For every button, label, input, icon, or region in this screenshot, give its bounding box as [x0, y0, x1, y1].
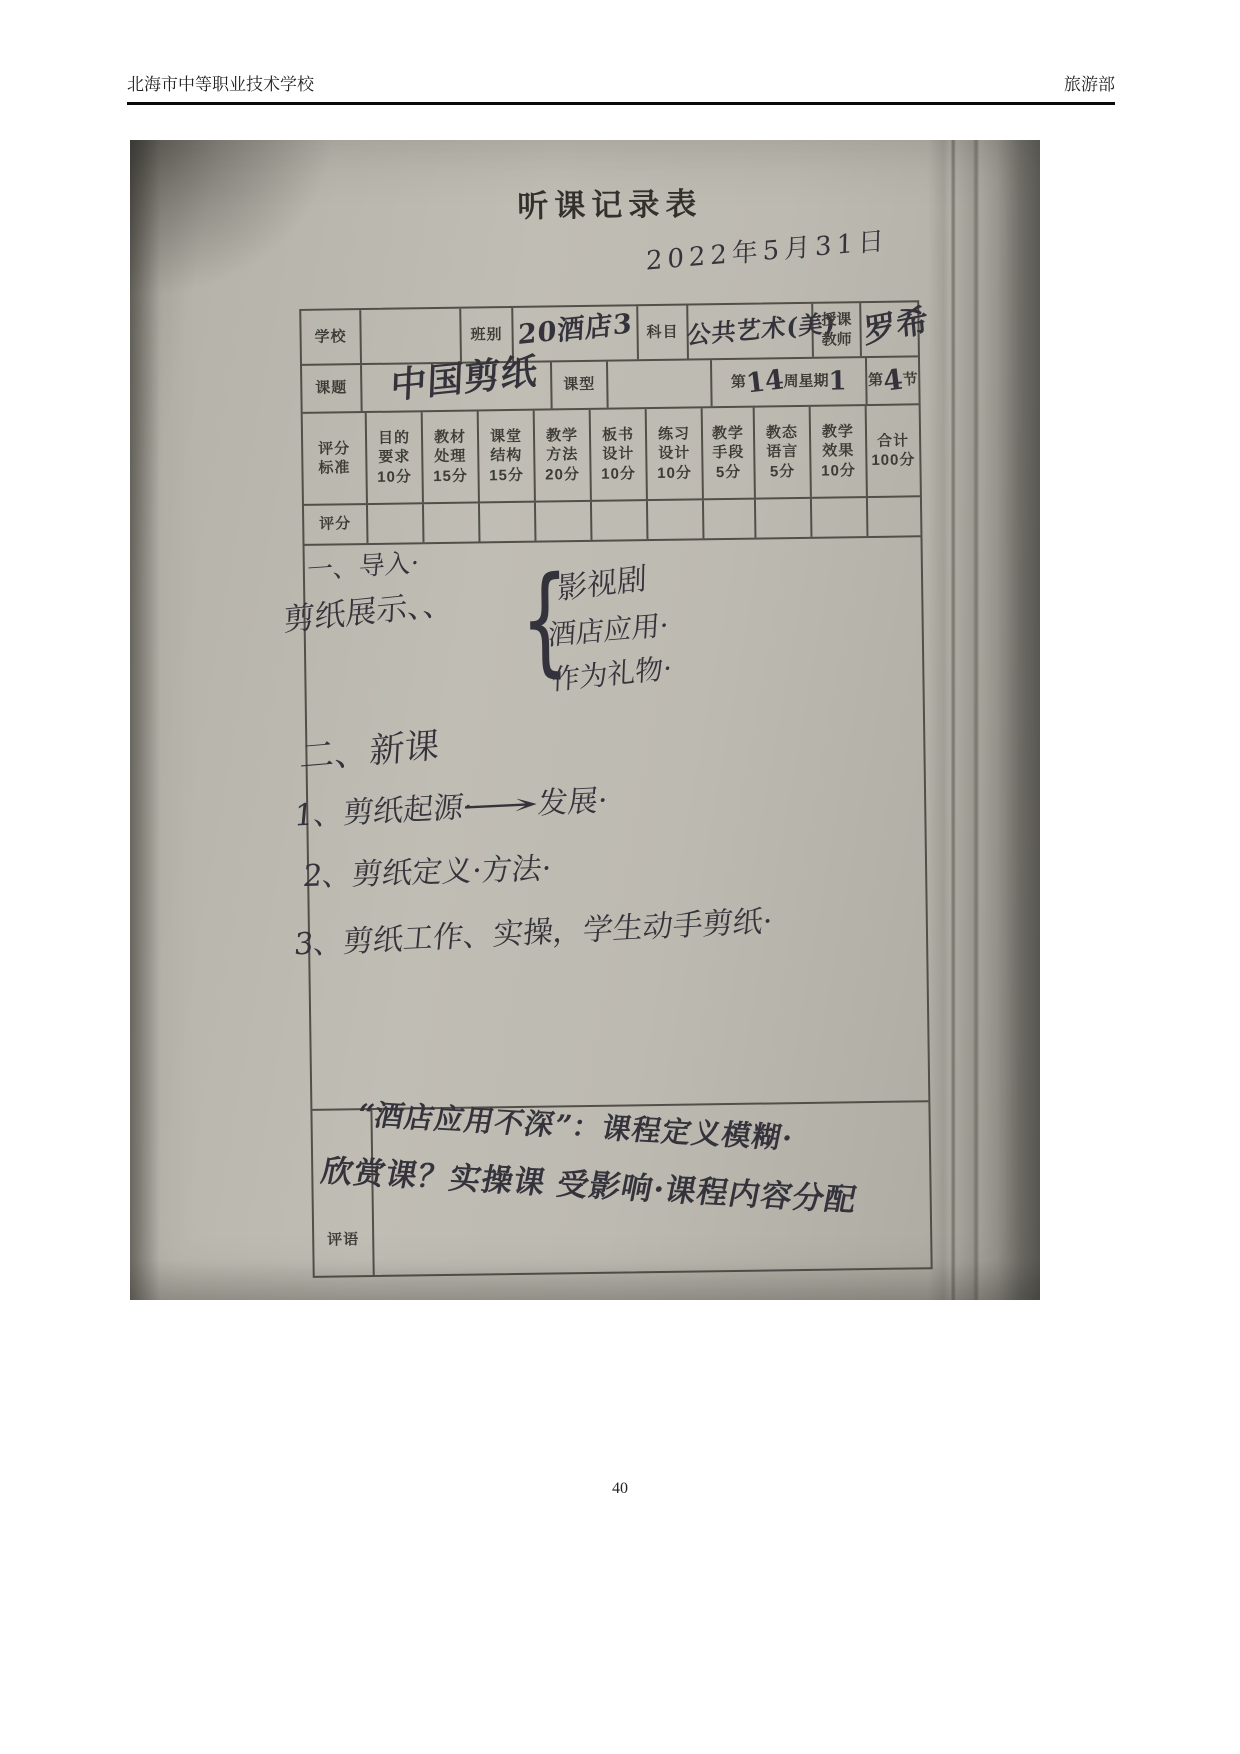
- week-prefix: 第: [731, 373, 746, 393]
- photo-of-form: 听课记录表 2022年5月31日 学校 班别 20酒店3 科目 公共艺术(美): [130, 140, 1040, 1300]
- comment-line-1: “酒店应用不深”：课程定义模糊·: [354, 1099, 796, 1155]
- score-value-7: [756, 499, 813, 538]
- subject-label: 科目: [638, 306, 689, 360]
- score-col-3: 教学方法20分: [535, 410, 592, 501]
- score-value-3: [536, 502, 593, 541]
- handwritten-date: 2022年5月31日: [646, 227, 890, 276]
- notes-line-origin: 1、剪纸起源·→发展·: [293, 784, 609, 832]
- score-value-4: [592, 501, 649, 540]
- comment-label: 评语: [312, 1110, 374, 1276]
- school-value: [361, 309, 462, 363]
- col-points: 15分: [489, 466, 524, 486]
- origin-text: 1、剪纸起源·: [293, 790, 475, 834]
- criteria-label-line1: 评分: [318, 439, 350, 459]
- col-text: 合计: [877, 431, 909, 451]
- period-suffix: 节: [902, 371, 917, 391]
- col-text: 教学: [822, 422, 854, 442]
- score-criteria-row: 评分 标准 目的要求10分 教材处理15分 课堂结构15分 教学方法20分: [303, 405, 920, 506]
- criteria-label-line2: 标准: [318, 458, 350, 478]
- topic-value: 中国剪纸: [362, 362, 553, 411]
- col-points: 5分: [716, 463, 742, 483]
- score-value-5: [648, 500, 705, 539]
- info-row-1: 学校 班别 20酒店3 科目 公共艺术(美) 授课教师 罗希: [301, 302, 918, 366]
- score-value-8: [812, 498, 869, 537]
- teacher-value: 罗希: [861, 302, 918, 356]
- notes-line-newlesson: 二、新课: [299, 727, 441, 778]
- week-cell: 第 14 周星期 1: [712, 358, 868, 406]
- col-text: 教材: [434, 427, 466, 447]
- score-value-0: [368, 504, 425, 543]
- comment-row: 评语 “酒店应用不深”：课程定义模糊· 欣赏课？实操课 受影响·课程内容分配: [312, 1102, 930, 1276]
- topic-label: 课题: [302, 365, 363, 412]
- col-text: 目的: [378, 428, 410, 448]
- col-text: 手段: [712, 443, 744, 463]
- course-type-value: [608, 360, 713, 407]
- score-col-0: 目的要求10分: [367, 412, 424, 503]
- col-text: 设计: [602, 445, 634, 465]
- teacher-value-handwriting: 罗希: [863, 302, 931, 350]
- notes-line-definition: 2、剪纸定义·方法·: [301, 852, 553, 893]
- criteria-label: 评分 标准: [303, 413, 368, 504]
- lesson-notes-area: 一、导入· 剪纸展示、、 { 影视剧 酒店应用· 作为礼物· 二、新课 1、剪纸…: [305, 537, 929, 1111]
- teacher-label-text: 授课教师: [819, 310, 854, 349]
- col-points: 100分: [871, 450, 915, 470]
- page-header: 北海市中等职业技术学校 旅游部: [127, 70, 1115, 105]
- notes-line-practice: 3、剪纸工作、实操，学生动手剪纸·: [293, 905, 774, 962]
- subject-value: 公共艺术(美): [688, 304, 814, 359]
- score-col-6: 教学手段5分: [703, 408, 756, 499]
- col-text: 效果: [822, 441, 854, 461]
- header-department: 旅游部: [1064, 70, 1115, 95]
- brace-item-2: 酒店应用·: [547, 610, 669, 651]
- score-col-4: 板书设计10分: [591, 409, 648, 500]
- score-col-7: 教态语言5分: [755, 407, 812, 498]
- score-col-8: 教学效果10分: [811, 406, 868, 497]
- page-number: 40: [0, 1480, 1240, 1498]
- teacher-label: 授课教师: [813, 303, 862, 357]
- score-row-label: 评分: [304, 505, 369, 544]
- period-value-handwriting: 4: [881, 364, 904, 397]
- brace-item-1: 影视剧: [557, 562, 647, 606]
- observation-table: 学校 班别 20酒店3 科目 公共艺术(美) 授课教师 罗希: [299, 300, 932, 1278]
- col-text: 设计: [658, 444, 690, 464]
- col-text: 语言: [766, 442, 798, 462]
- col-text: 教态: [766, 423, 798, 443]
- header-school-name: 北海市中等职业技术学校: [127, 70, 314, 95]
- col-points: 15分: [433, 466, 468, 486]
- week-suffix: 周星期: [783, 372, 828, 392]
- form-title: 听课记录表: [459, 178, 760, 227]
- col-points: 10分: [657, 463, 692, 483]
- score-value-2: [480, 503, 537, 542]
- period-cell: 第 4 节: [867, 357, 919, 404]
- score-col-5: 练习设计10分: [647, 408, 704, 499]
- col-points: 5分: [770, 462, 796, 482]
- notes-line-intro: 一、导入·: [306, 549, 420, 585]
- period-prefix: 第: [868, 371, 883, 391]
- document-page: 北海市中等职业技术学校 旅游部 听课记录表 2022年5月31日 学校 班别 2…: [0, 0, 1240, 1754]
- score-value-1: [424, 503, 481, 542]
- col-text: 板书: [602, 425, 634, 445]
- col-text: 方法: [546, 445, 578, 465]
- arrow-icon: →: [458, 787, 541, 824]
- week-value-handwriting: 14: [744, 365, 785, 399]
- score-value-9: [868, 497, 921, 536]
- score-value-6: [704, 500, 757, 539]
- class-value-handwriting: 20酒店3: [517, 309, 633, 351]
- notes-line-display: 剪纸展示、、: [283, 586, 454, 638]
- school-label: 学校: [301, 310, 362, 364]
- comment-line-2: 欣赏课？实操课 受影响·课程内容分配: [319, 1154, 860, 1218]
- col-points: 10分: [601, 464, 636, 484]
- col-text: 练习: [658, 424, 690, 444]
- weekday-value-handwriting: 1: [828, 367, 846, 396]
- form-sheet: 听课记录表 2022年5月31日 学校 班别 20酒店3 科目 公共艺术(美): [130, 140, 1040, 1300]
- score-col-1: 教材处理15分: [423, 411, 480, 502]
- score-col-2: 课堂结构15分: [479, 411, 536, 502]
- col-text: 课堂: [490, 427, 522, 447]
- comment-content: “酒店应用不深”：课程定义模糊· 欣赏课？实操课 受影响·课程内容分配: [372, 1102, 930, 1275]
- col-text: 结构: [490, 446, 522, 466]
- col-text: 处理: [434, 447, 466, 467]
- info-row-2: 课题 中国剪纸 课型 第 14 周星期 1 第 4 节: [302, 357, 919, 414]
- col-text: 教学: [712, 424, 744, 444]
- score-col-9: 合计100分: [867, 405, 920, 496]
- col-text: 要求: [378, 448, 410, 468]
- col-text: 教学: [546, 426, 578, 446]
- development-text: 发展·: [536, 783, 609, 822]
- col-points: 20分: [545, 465, 580, 485]
- col-points: 10分: [821, 461, 856, 481]
- course-type-label: 课型: [552, 362, 609, 409]
- col-points: 10分: [377, 467, 412, 487]
